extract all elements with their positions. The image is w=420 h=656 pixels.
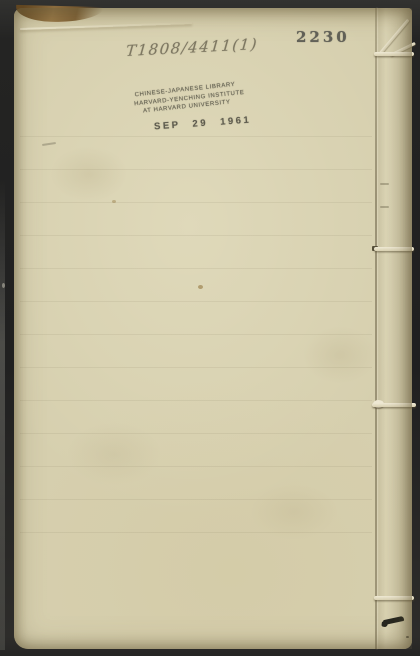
date-stamp: SEP 29 1961 [154,115,252,133]
scan-background: T1808/4411(1) 2230 CHINESE-JAPANESE LIBR… [0,0,420,656]
binding-thread [374,596,414,600]
paper-damage-stain [16,5,104,23]
foxing-spot [198,285,203,289]
binding-thread [374,247,414,251]
call-number-handwriting: T1808/4411(1) [125,34,276,60]
page-impression-lines [20,136,372,544]
foxing-spot [112,200,116,203]
ink-speck [406,636,409,638]
dust-speck [2,283,5,288]
paper-crease [20,22,192,30]
book-cover: T1808/4411(1) 2230 CHINESE-JAPANESE LIBR… [14,8,412,649]
scanner-edge [0,180,5,650]
library-stamp: CHINESE-JAPANESE LIBRARY HARVARD-YENCHIN… [133,81,239,117]
accession-number-stamp: 2230 [296,28,350,46]
binding-mark [380,206,389,208]
binding-mark [380,183,389,185]
binding-thread [374,52,414,56]
binding-margin [377,8,412,649]
binding-crease-line [375,8,377,649]
binding-thread [372,403,416,407]
